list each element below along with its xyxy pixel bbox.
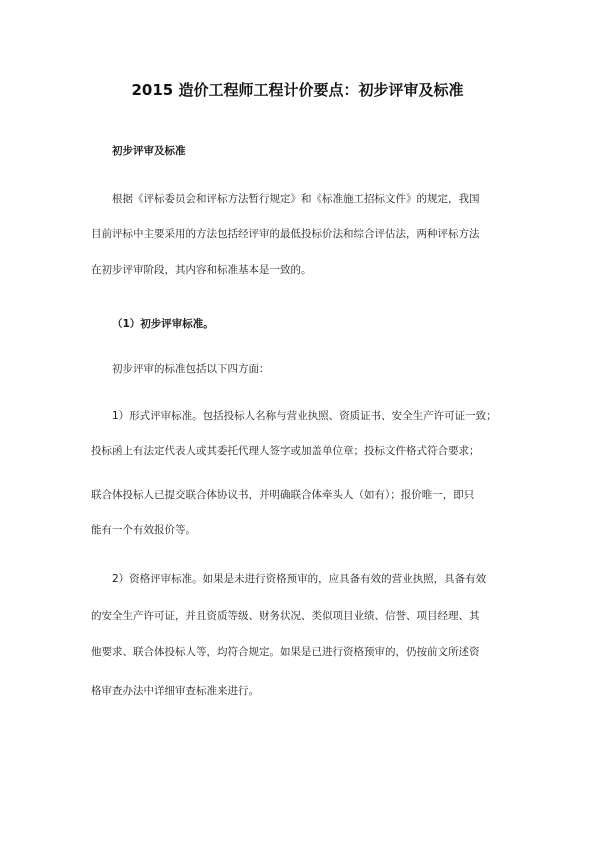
document-title: 2015 造价工程师工程计价要点：初步评审及标准 xyxy=(0,79,595,100)
paragraph-line: 在初步评审阶段，其内容和标准基本是一致的。 xyxy=(91,262,312,277)
list-item-line: 联合体投标人已提交联合体协议书，并明确联合体牵头人（如有）；报价唯一，即只 xyxy=(91,487,474,502)
list-item-line: 格审查办法中详细审查标准来进行。 xyxy=(91,683,259,698)
paragraph-line: 根据《评标委员会和评标方法暂行规定》和《标准施工招标文件》的规定，我国 xyxy=(112,191,480,206)
paragraph-line: 目前评标中主要采用的方法包括经评审的最低投标价法和综合评估法，两种评标方法 xyxy=(91,226,480,241)
section-heading: 初步评审及标准 xyxy=(112,143,186,158)
list-item-line: 1）形式评审标准。包括投标人名称与营业执照、资质证书、安全生产许可证一致； xyxy=(112,408,497,423)
list-item-line: 他要求、联合体投标人等，均符合规定。如果是已进行资格预审的，仍按前文所述资 xyxy=(91,644,480,659)
list-item-line: 的安全生产许可证，并且资质等级、财务状况、类似项目业绩、信誉、项目经理、其 xyxy=(91,608,480,623)
paragraph-line: 初步评审的标准包括以下四方面： xyxy=(112,361,270,376)
subheading: （1）初步评审标准。 xyxy=(112,316,214,331)
list-item-line: 投标函上有法定代表人或其委托代理人签字或加盖单位章；投标文件格式符合要求； xyxy=(91,443,480,458)
list-item-line: 2）资格评审标准。如果是未进行资格预审的，应具备有效的营业执照，具备有效 xyxy=(112,571,486,586)
list-item-line: 能有一个有效报价等。 xyxy=(91,522,196,537)
